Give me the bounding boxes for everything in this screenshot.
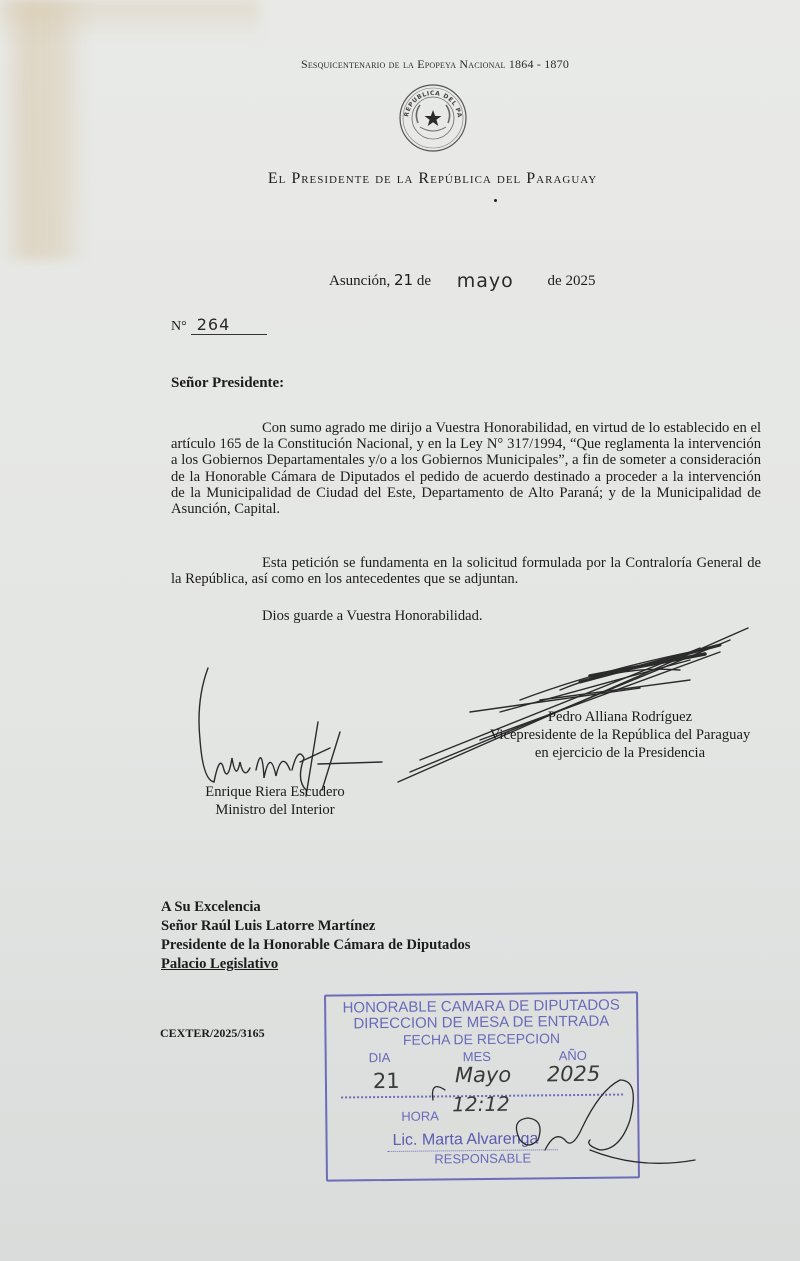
date-month: mayo — [457, 270, 514, 292]
national-seal-icon: REPUBLICA DEL PARAGUAY — [398, 83, 468, 153]
stamp-time-value: 12:12 — [452, 1092, 510, 1117]
reception-stamp: HONORABLE CAMARA DE DIPUTADOS DIRECCION … — [324, 991, 640, 1181]
date-line: Asunción, 21 de mayo de 2025 — [329, 268, 595, 290]
date-year-prefix: de — [548, 273, 562, 289]
reference-label: N° — [171, 319, 187, 334]
reference-value: 264 — [191, 315, 267, 335]
stamp-year-value: 2025 — [547, 1062, 601, 1087]
signatory-minister: Enrique Riera Escudero Ministro del Inte… — [170, 783, 380, 819]
date-year: 2025 — [565, 273, 595, 289]
paragraph-1: Con sumo agrado me dirijo a Vuestra Hono… — [171, 420, 761, 517]
stamp-line-2: DIRECCION DE MESA DE ENTRADA — [326, 1013, 636, 1032]
signatory-name: Enrique Riera Escudero — [170, 783, 380, 801]
date-city: Asunción, — [329, 273, 390, 289]
stamp-responsible-label: RESPONSABLE — [328, 1149, 638, 1167]
signatory-name: Pedro Alliana Rodríguez — [440, 708, 800, 726]
paragraph-2: Esta petición se fundamenta en la solici… — [171, 555, 761, 587]
signatory-vice-president: Pedro Alliana Rodríguez Vicepresidente d… — [440, 708, 800, 762]
addressee-line-1: A Su Excelencia — [161, 898, 470, 917]
date-de: de — [417, 273, 431, 289]
stamp-responsible-name: Lic. Marta Alvarenga — [392, 1130, 538, 1150]
stamp-year-label: AÑO — [559, 1048, 587, 1063]
addressee-location: Palacio Legislativo — [161, 955, 470, 974]
file-code: CEXTER/2025/3165 — [160, 1026, 265, 1041]
addressee-name: Señor Raúl Luis Latorre Martínez — [161, 917, 470, 936]
signatory-title-2: en ejercicio de la Presidencia — [440, 744, 800, 762]
paper-stain-top — [0, 0, 260, 40]
ink-dot — [494, 199, 497, 202]
stamp-time-label: HORA — [401, 1108, 439, 1123]
addressee-title: Presidente de la Honorable Cámara de Dip… — [161, 936, 470, 955]
signatory-title: Ministro del Interior — [170, 801, 380, 819]
addressee-block: A Su Excelencia Señor Raúl Luis Latorre … — [161, 898, 470, 974]
stamp-day-value: 21 — [373, 1069, 400, 1093]
stamp-month-label: MES — [463, 1049, 491, 1064]
letterhead-title: El Presidente de la República del Paragu… — [0, 170, 800, 188]
date-day: 21 — [394, 271, 413, 289]
stamp-day-label: DIA — [369, 1050, 391, 1065]
sesquicentennial-header: Sesquicentenario de la Epopeya Nacional … — [0, 57, 800, 72]
closing-line: Dios guarde a Vuestra Honorabilidad. — [171, 608, 761, 624]
salutation: Señor Presidente: — [171, 375, 284, 392]
stamp-month-value: Mayo — [455, 1063, 512, 1088]
reference-number: N°264 — [171, 315, 267, 335]
signatory-title: Vicepresidente de la República del Parag… — [440, 726, 800, 744]
